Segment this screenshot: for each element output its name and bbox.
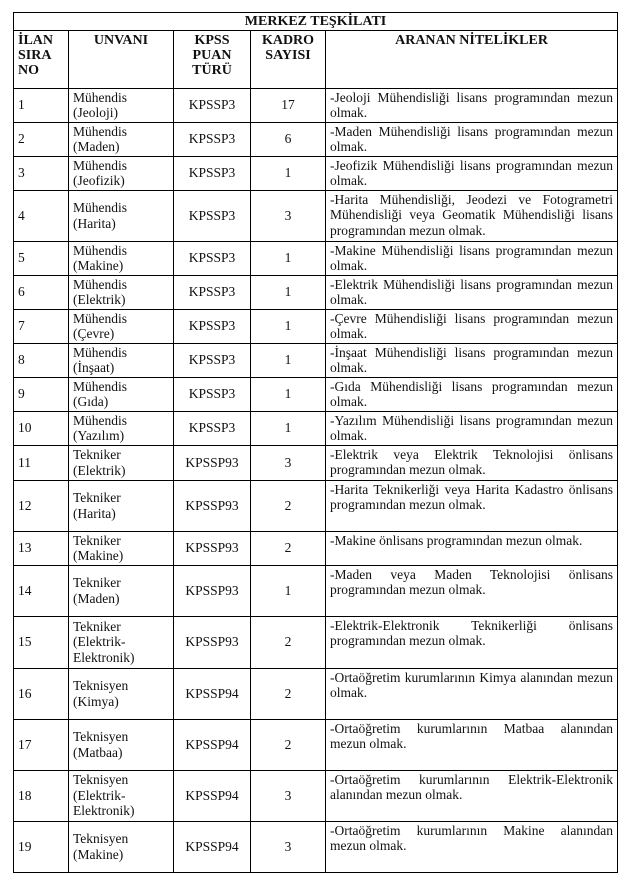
row-count: 3: [251, 190, 326, 241]
row-score-type: KPSSP3: [174, 275, 251, 309]
row-title: Mühendis (Elektrik): [69, 275, 174, 309]
row-number: 1: [14, 88, 69, 122]
row-title: Tekniker (Elektrik): [69, 445, 174, 480]
row-score-type: KPSSP3: [174, 190, 251, 241]
table-title: MERKEZ TEŞKİLATI: [14, 13, 618, 31]
row-title: Mühendis (Çevre): [69, 309, 174, 343]
row-qualification: -Jeoloji Mühendisliği lisans programında…: [326, 88, 618, 122]
table-row: 8Mühendis (İnşaat)KPSSP31-İnşaat Mühendi…: [14, 343, 618, 377]
table-row: 4Mühendis (Harita)KPSSP33-Harita Mühendi…: [14, 190, 618, 241]
row-title: Mühendis (Jeoloji): [69, 88, 174, 122]
row-title: Teknisyen (Kimya): [69, 668, 174, 719]
row-title: Mühendis (Gıda): [69, 377, 174, 411]
row-count: 1: [251, 156, 326, 190]
row-number: 18: [14, 770, 69, 821]
row-score-type: KPSSP93: [174, 616, 251, 668]
row-score-type: KPSSP94: [174, 770, 251, 821]
row-score-type: KPSSP93: [174, 445, 251, 480]
row-qualification: -Elektrik Mühendisliği lisans programınd…: [326, 275, 618, 309]
row-qualification: -Çevre Mühendisliği lisans programından …: [326, 309, 618, 343]
row-count: 17: [251, 88, 326, 122]
row-qualification: -Ortaöğretim kurumlarının Elektrik-Elekt…: [326, 770, 618, 821]
header-unvani: UNVANI: [69, 30, 174, 88]
row-qualification: -Makine önlisans programından mezun olma…: [326, 531, 618, 565]
row-number: 8: [14, 343, 69, 377]
row-title: Tekniker (Makine): [69, 531, 174, 565]
row-number: 15: [14, 616, 69, 668]
row-count: 2: [251, 480, 326, 531]
table-row: 12Tekniker (Harita)KPSSP932-Harita Tekni…: [14, 480, 618, 531]
row-title: Teknisyen (Elektrik- Elektronik): [69, 770, 174, 821]
table-row: 17Teknisyen (Matbaa)KPSSP942-Ortaöğretim…: [14, 719, 618, 770]
row-score-type: KPSSP3: [174, 241, 251, 275]
header-kadro-sayisi: KADRO SAYISI: [251, 30, 326, 88]
table-row: 18Teknisyen (Elektrik- Elektronik)KPSSP9…: [14, 770, 618, 821]
row-score-type: KPSSP94: [174, 821, 251, 872]
table-row: 15Tekniker (Elektrik- Elektronik)KPSSP93…: [14, 616, 618, 668]
row-count: 3: [251, 821, 326, 872]
row-qualification: -İnşaat Mühendisliği lisans programından…: [326, 343, 618, 377]
row-count: 2: [251, 531, 326, 565]
table-row: 10Mühendis (Yazılım)KPSSP31-Yazılım Mühe…: [14, 411, 618, 445]
row-score-type: KPSSP3: [174, 377, 251, 411]
row-number: 14: [14, 565, 69, 616]
row-title: Teknisyen (Makine): [69, 821, 174, 872]
row-number: 10: [14, 411, 69, 445]
row-count: 1: [251, 241, 326, 275]
row-number: 17: [14, 719, 69, 770]
row-qualification: -Ortaöğretim kurumlarının Matbaa alanınd…: [326, 719, 618, 770]
row-title: Mühendis (Harita): [69, 190, 174, 241]
table-row: 16Teknisyen (Kimya)KPSSP942-Ortaöğretim …: [14, 668, 618, 719]
row-number: 6: [14, 275, 69, 309]
row-number: 2: [14, 122, 69, 156]
table-row: 11Tekniker (Elektrik)KPSSP933-Elektrik v…: [14, 445, 618, 480]
row-title: Tekniker (Maden): [69, 565, 174, 616]
row-number: 3: [14, 156, 69, 190]
table-row: 1Mühendis (Jeoloji)KPSSP317-Jeoloji Mühe…: [14, 88, 618, 122]
row-number: 7: [14, 309, 69, 343]
row-number: 11: [14, 445, 69, 480]
row-title: Mühendis (Yazılım): [69, 411, 174, 445]
row-count: 2: [251, 668, 326, 719]
row-score-type: KPSSP94: [174, 668, 251, 719]
row-qualification: -Elektrik veya Elektrik Teknolojisi önli…: [326, 445, 618, 480]
row-count: 6: [251, 122, 326, 156]
row-score-type: KPSSP93: [174, 565, 251, 616]
row-score-type: KPSSP3: [174, 411, 251, 445]
row-score-type: KPSSP3: [174, 122, 251, 156]
row-count: 3: [251, 445, 326, 480]
table-row: 2Mühendis (Maden)KPSSP36-Maden Mühendisl…: [14, 122, 618, 156]
row-qualification: -Ortaöğretim kurumlarının Makine alanınd…: [326, 821, 618, 872]
table-row: 19Teknisyen (Makine)KPSSP943-Ortaöğretim…: [14, 821, 618, 872]
row-title: Mühendis (İnşaat): [69, 343, 174, 377]
row-count: 1: [251, 411, 326, 445]
header-ilan-sira-no: İLAN SIRA NO: [14, 30, 69, 88]
row-count: 2: [251, 616, 326, 668]
header-row: İLAN SIRA NO UNVANI KPSS PUAN TÜRÜ KADRO…: [14, 30, 618, 88]
row-qualification: -Harita Teknikerliği veya Harita Kadastr…: [326, 480, 618, 531]
table-row: 14Tekniker (Maden)KPSSP931-Maden veya Ma…: [14, 565, 618, 616]
row-score-type: KPSSP3: [174, 88, 251, 122]
header-kpss-puan-turu: KPSS PUAN TÜRÜ: [174, 30, 251, 88]
row-title: Mühendis (Makine): [69, 241, 174, 275]
row-score-type: KPSSP3: [174, 343, 251, 377]
row-qualification: -Maden veya Maden Teknolojisi önlisans p…: [326, 565, 618, 616]
row-count: 1: [251, 377, 326, 411]
table-row: 5Mühendis (Makine)KPSSP31-Makine Mühendi…: [14, 241, 618, 275]
row-count: 2: [251, 719, 326, 770]
row-qualification: -Jeofizik Mühendisliği lisans programınd…: [326, 156, 618, 190]
row-number: 5: [14, 241, 69, 275]
row-title: Tekniker (Elektrik- Elektronik): [69, 616, 174, 668]
row-number: 13: [14, 531, 69, 565]
row-number: 9: [14, 377, 69, 411]
row-title: Mühendis (Jeofizik): [69, 156, 174, 190]
row-score-type: KPSSP93: [174, 531, 251, 565]
table-title-row: MERKEZ TEŞKİLATI: [14, 13, 618, 31]
row-count: 1: [251, 309, 326, 343]
row-qualification: -Ortaöğretim kurumlarının Kimya alanında…: [326, 668, 618, 719]
row-score-type: KPSSP3: [174, 156, 251, 190]
row-number: 19: [14, 821, 69, 872]
row-title: Tekniker (Harita): [69, 480, 174, 531]
table-row: 13Tekniker (Makine)KPSSP932-Makine önlis…: [14, 531, 618, 565]
row-score-type: KPSSP94: [174, 719, 251, 770]
row-number: 12: [14, 480, 69, 531]
table-row: 3Mühendis (Jeofizik)KPSSP31-Jeofizik Müh…: [14, 156, 618, 190]
row-qualification: -Elektrik-Elektronik Teknikerliği önlisa…: [326, 616, 618, 668]
row-qualification: -Yazılım Mühendisliği lisans programında…: [326, 411, 618, 445]
positions-table: MERKEZ TEŞKİLATI İLAN SIRA NO UNVANI KPS…: [13, 12, 618, 873]
row-count: 1: [251, 275, 326, 309]
row-qualification: -Maden Mühendisliği lisans programından …: [326, 122, 618, 156]
row-score-type: KPSSP93: [174, 480, 251, 531]
row-count: 1: [251, 343, 326, 377]
row-qualification: -Harita Mühendisliği, Jeodezi ve Fotogra…: [326, 190, 618, 241]
row-count: 1: [251, 565, 326, 616]
row-score-type: KPSSP3: [174, 309, 251, 343]
row-number: 16: [14, 668, 69, 719]
table-row: 9Mühendis (Gıda)KPSSP31-Gıda Mühendisliğ…: [14, 377, 618, 411]
row-qualification: -Makine Mühendisliği lisans programından…: [326, 241, 618, 275]
table-row: 7Mühendis (Çevre)KPSSP31-Çevre Mühendisl…: [14, 309, 618, 343]
row-number: 4: [14, 190, 69, 241]
row-title: Teknisyen (Matbaa): [69, 719, 174, 770]
row-count: 3: [251, 770, 326, 821]
row-qualification: -Gıda Mühendisliği lisans programından m…: [326, 377, 618, 411]
header-aranan-nitelikler: ARANAN NİTELİKLER: [326, 30, 618, 88]
table-row: 6Mühendis (Elektrik)KPSSP31-Elektrik Müh…: [14, 275, 618, 309]
row-title: Mühendis (Maden): [69, 122, 174, 156]
